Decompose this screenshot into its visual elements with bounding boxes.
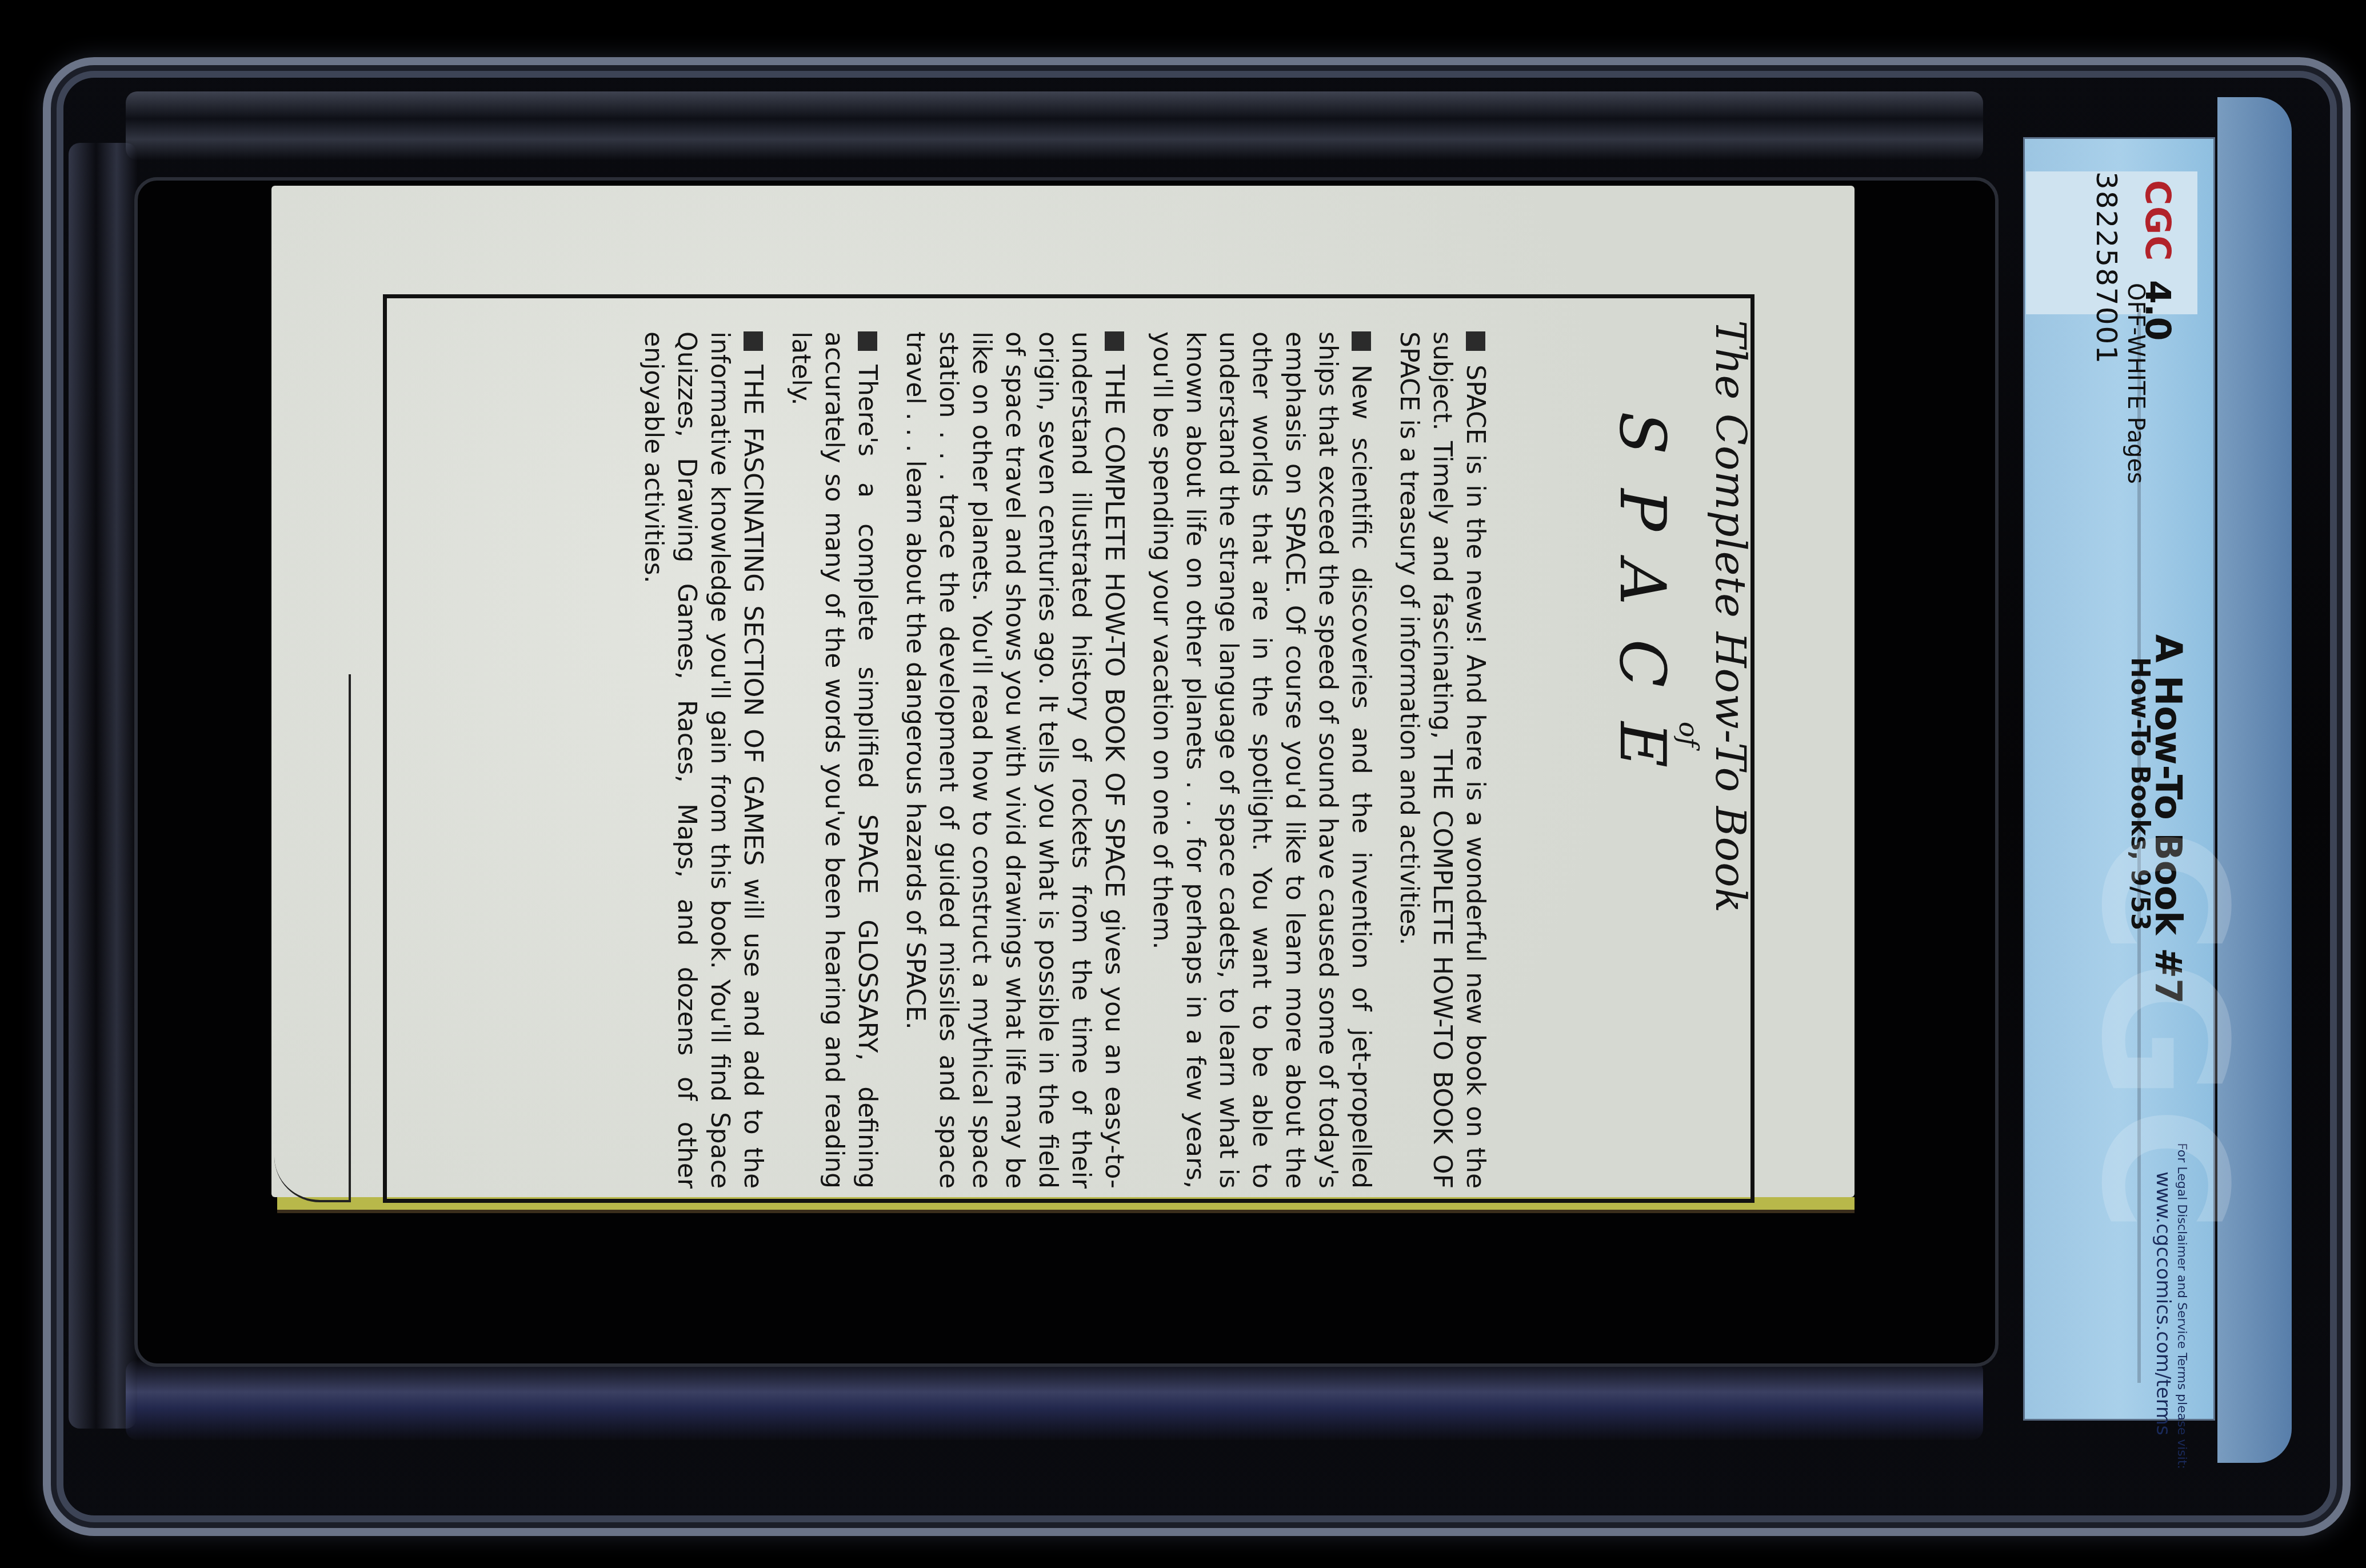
square-bullet-icon (858, 331, 877, 351)
paragraph: New scientific discoveries and the inven… (1145, 331, 1377, 1189)
cgc-watermark: CGC (2064, 829, 2263, 1238)
paragraph: SPACE is in the news! And here is a wond… (1392, 331, 1492, 1189)
cert-number: 3822587001 (2090, 171, 2123, 365)
paragraph: THE COMPLETE HOW-TO BOOK OF SPACE gives … (898, 331, 1130, 1189)
cgc-logo: CGC (2137, 180, 2177, 262)
paragraph: THE FASCINATING SECTION OF GAMES will us… (637, 331, 769, 1189)
paragraph: There's a complete simplified SPACE GLOS… (784, 331, 884, 1189)
label-edge-strip (2217, 97, 2292, 1463)
title-space: SPACE (1606, 320, 1679, 1177)
square-bullet-icon (744, 331, 763, 351)
title-line: The Complete How-To Book (1706, 320, 1754, 1177)
cover-title: The Complete How-To Book of SPACE (1606, 320, 1754, 1177)
square-bullet-icon (1105, 331, 1124, 351)
slab-left-rail (69, 143, 137, 1429)
slab-top-rail (126, 91, 1983, 160)
slab-bottom-rail (126, 1360, 1983, 1440)
square-bullet-icon (1466, 331, 1485, 351)
page-quality: OFF-WHITE Pages (2123, 283, 2149, 484)
square-bullet-icon (1352, 331, 1371, 351)
cover-body-text: SPACE is in the news! And here is a wond… (622, 331, 1492, 1189)
cover-fold-line (274, 674, 351, 1202)
